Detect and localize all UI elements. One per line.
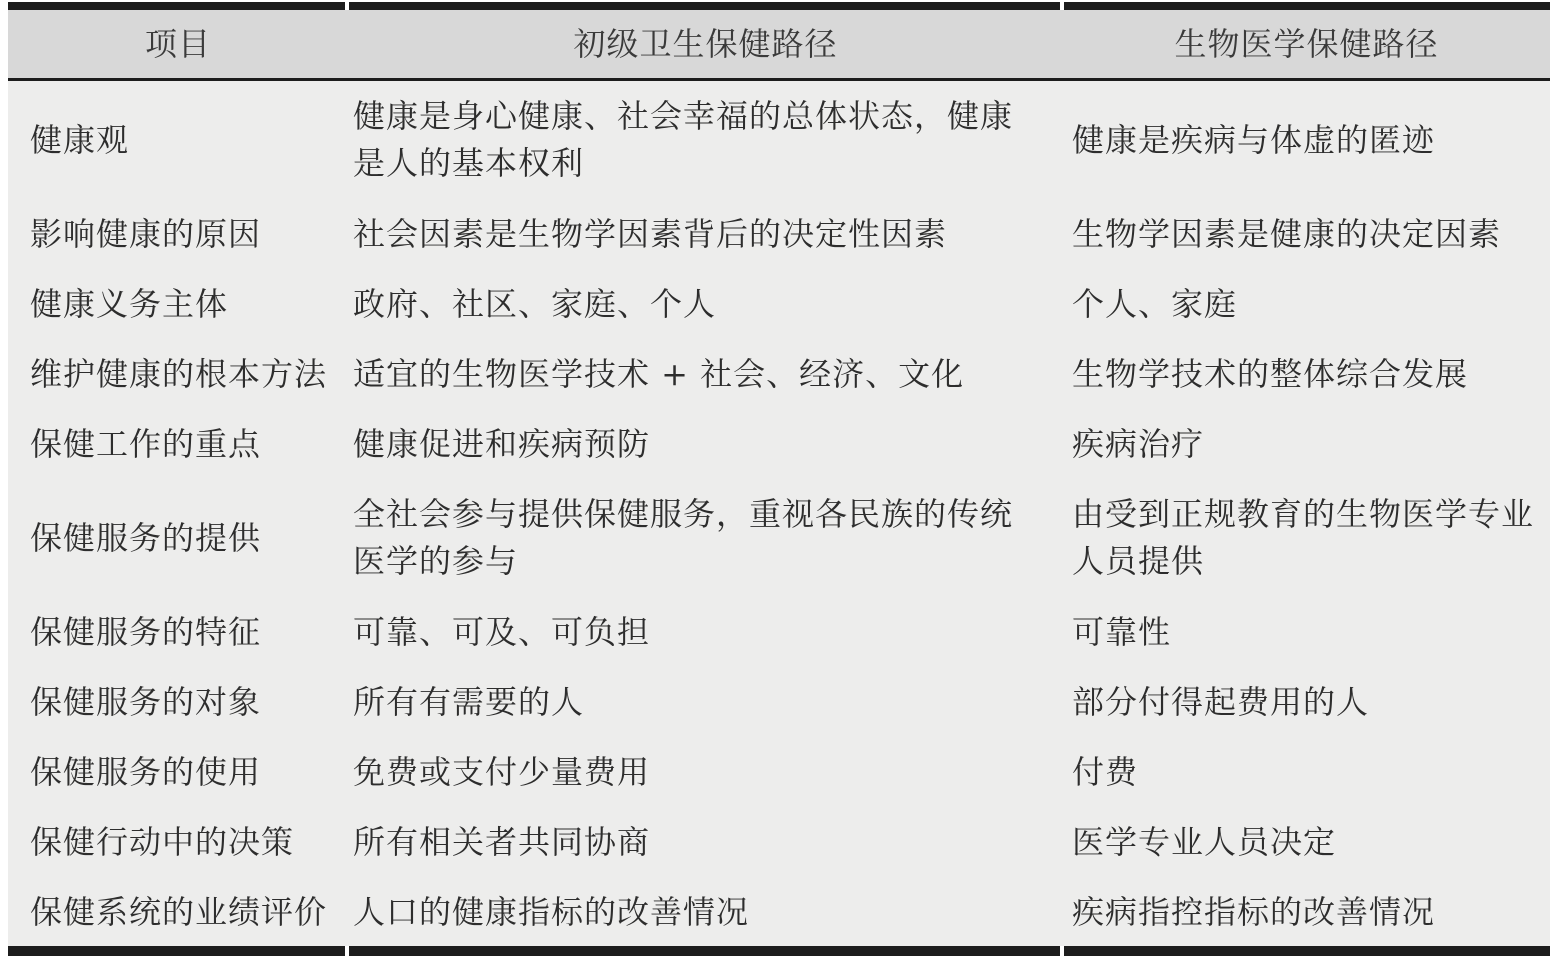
table-bottom-rule-col2 (349, 946, 1060, 956)
cell-primary-path: 健康促进和疾病预防 (348, 421, 1063, 468)
cell-biomedical-path: 付费 (1063, 749, 1550, 796)
table-bottom-rule-col1 (8, 946, 345, 956)
table-row: 健康义务主体 政府、社区、家庭、个人 个人、家庭 (8, 269, 1550, 339)
cell-primary-path: 社会因素是生物学因素背后的决定性因素 (348, 211, 1063, 258)
header-cell-biomedical-path: 生物医学保健路径 (1063, 10, 1550, 78)
table-row: 影响健康的原因 社会因素是生物学因素背后的决定性因素 生物学因素是健康的决定因素 (8, 199, 1550, 269)
cell-biomedical-path: 疾病治疗 (1063, 421, 1550, 468)
cell-item: 保健服务的提供 (8, 515, 348, 562)
scanned-page: 项目 初级卫生保健路径 生物医学保健路径 健康观 健康是身心健康、社会幸福的总体… (0, 0, 1563, 961)
cell-primary-path: 可靠、可及、可负担 (348, 609, 1063, 656)
table-top-rule-col1 (8, 2, 345, 10)
cell-item: 健康观 (8, 117, 348, 164)
table-row: 保健服务的特征 可靠、可及、可负担 可靠性 (8, 597, 1550, 667)
table-bottom-rule-col3 (1064, 946, 1550, 956)
table-row: 保健行动中的决策 所有相关者共同协商 医学专业人员决定 (8, 807, 1550, 877)
cell-item: 保健服务的对象 (8, 679, 348, 726)
table-header-row: 项目 初级卫生保健路径 生物医学保健路径 (8, 10, 1550, 78)
cell-item: 保健系统的业绩评价 (8, 889, 348, 936)
table-row: 保健服务的对象 所有有需要的人 部分付得起费用的人 (8, 667, 1550, 737)
table-row: 保健服务的提供 全社会参与提供保健服务，重视各民族的传统 医学的参与 由受到正规… (8, 479, 1550, 597)
cell-primary-path: 人口的健康指标的改善情况 (348, 889, 1063, 936)
cell-biomedical-path: 由受到正规教育的生物医学专业 人员提供 (1063, 491, 1550, 585)
cell-biomedical-path: 生物学技术的整体综合发展 (1063, 351, 1550, 398)
table-row: 保健系统的业绩评价 人口的健康指标的改善情况 疾病指控指标的改善情况 (8, 877, 1550, 946)
header-cell-primary-path: 初级卫生保健路径 (348, 10, 1063, 78)
table-row: 健康观 健康是身心健康、社会幸福的总体状态，健康 是人的基本权利 健康是疾病与体… (8, 81, 1550, 199)
cell-biomedical-path: 个人、家庭 (1063, 281, 1550, 328)
cell-primary-path: 适宜的生物医学技术 + 社会、经济、文化 (348, 351, 1063, 398)
table-body: 健康观 健康是身心健康、社会幸福的总体状态，健康 是人的基本权利 健康是疾病与体… (8, 81, 1550, 946)
cell-item: 保健服务的使用 (8, 749, 348, 796)
cell-biomedical-path: 可靠性 (1063, 609, 1550, 656)
table-row: 保健工作的重点 健康促进和疾病预防 疾病治疗 (8, 409, 1550, 479)
cell-item: 保健工作的重点 (8, 421, 348, 468)
table-top-rule-col2 (349, 2, 1060, 10)
table-row: 保健服务的使用 免费或支付少量费用 付费 (8, 737, 1550, 807)
cell-biomedical-path: 部分付得起费用的人 (1063, 679, 1550, 726)
cell-biomedical-path: 健康是疾病与体虚的匿迹 (1063, 117, 1550, 164)
cell-item: 保健服务的特征 (8, 609, 348, 656)
cell-primary-path: 所有相关者共同协商 (348, 819, 1063, 866)
cell-biomedical-path: 生物学因素是健康的决定因素 (1063, 211, 1550, 258)
cell-item: 维护健康的根本方法 (8, 351, 348, 398)
cell-item: 健康义务主体 (8, 281, 348, 328)
table-row: 维护健康的根本方法 适宜的生物医学技术 + 社会、经济、文化 生物学技术的整体综… (8, 339, 1550, 409)
cell-primary-path: 健康是身心健康、社会幸福的总体状态，健康 是人的基本权利 (348, 93, 1063, 187)
cell-biomedical-path: 医学专业人员决定 (1063, 819, 1550, 866)
cell-primary-path: 全社会参与提供保健服务，重视各民族的传统 医学的参与 (348, 491, 1063, 585)
table-top-rule-col3 (1064, 2, 1550, 10)
cell-item: 保健行动中的决策 (8, 819, 348, 866)
cell-primary-path: 政府、社区、家庭、个人 (348, 281, 1063, 328)
header-cell-item: 项目 (8, 10, 348, 78)
cell-primary-path: 所有有需要的人 (348, 679, 1063, 726)
cell-primary-path: 免费或支付少量费用 (348, 749, 1063, 796)
cell-biomedical-path: 疾病指控指标的改善情况 (1063, 889, 1550, 936)
cell-item: 影响健康的原因 (8, 211, 348, 258)
